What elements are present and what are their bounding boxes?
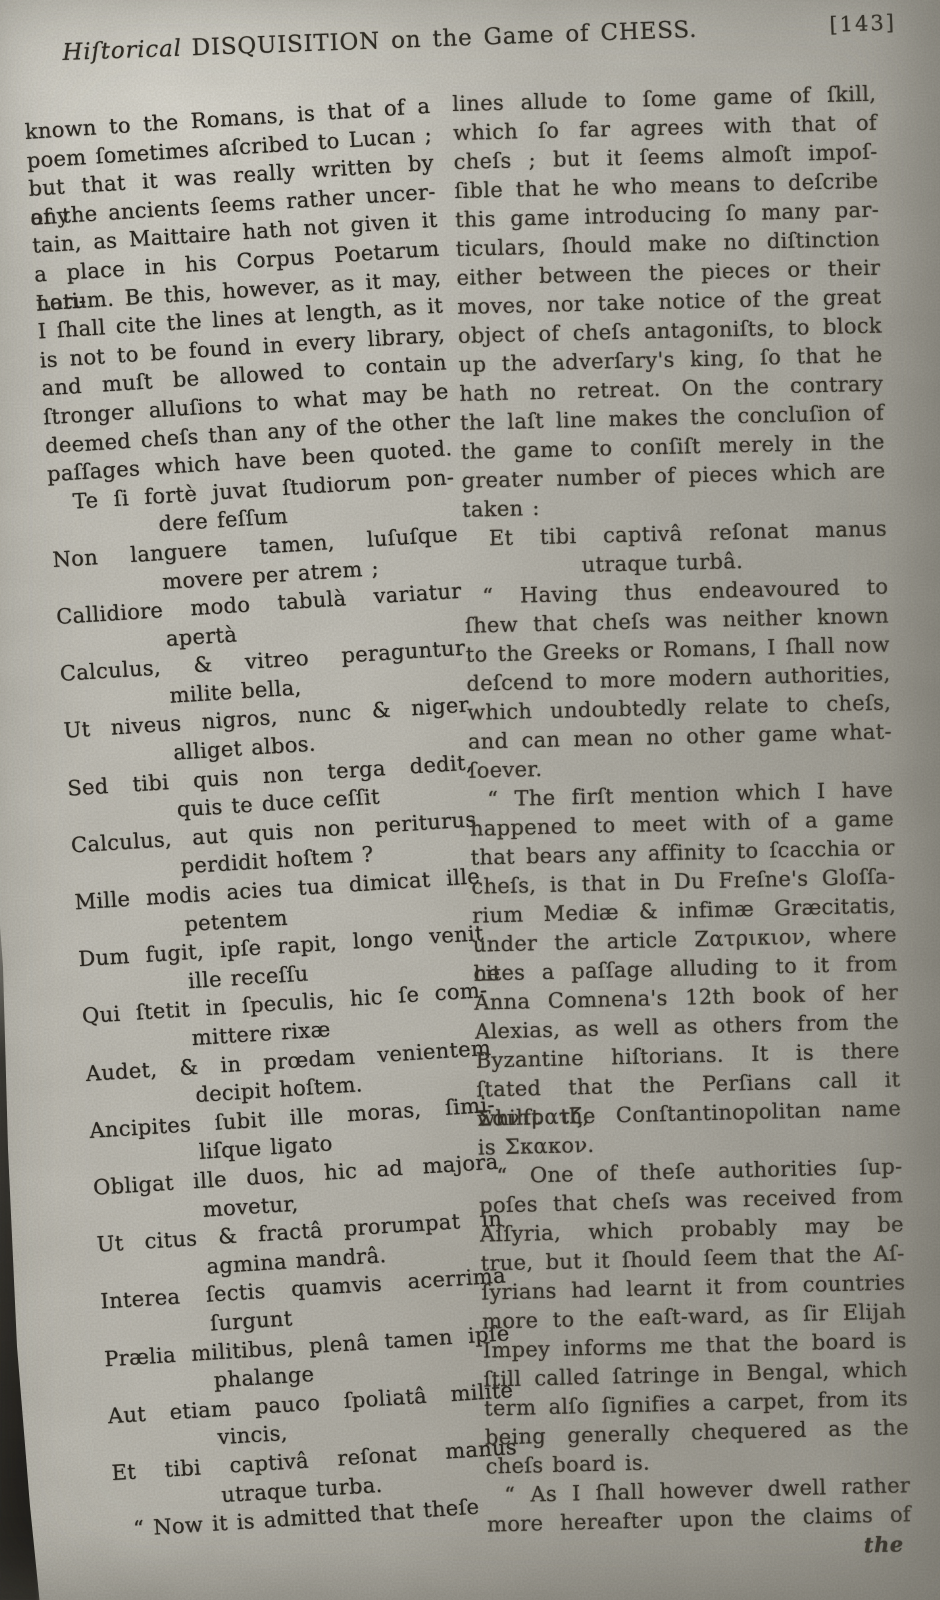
- left-prose-paragraph: known to the Romans, is that of apoem ſo…: [24, 92, 453, 489]
- right-paragraph-1: lines allude to ſome game of ſkill,which…: [452, 80, 887, 525]
- right-paragraph-5: “ As I ſhall however dwell rathermore he…: [486, 1471, 911, 1539]
- right-paragraph-4: “ One of theſe authorities ſup-poſes tha…: [478, 1152, 910, 1481]
- header-title: HiſtoricalDISQUISITION on the Game of CH…: [62, 17, 698, 66]
- latin-verse-quote: Et tibi captivâ reſonat manusutraque tur…: [463, 515, 888, 583]
- left-text-column: known to the Romans, is that of apoem ſo…: [24, 92, 521, 1545]
- latin-verse-block: Te ſi fortè juvat ſtudiorum pon-dere feſ…: [48, 463, 520, 1516]
- header-title-rest: DISQUISITION on the Game of CHESS.: [191, 17, 697, 62]
- right-paragraph-2: “ Having thus endeavoured toſhew that ch…: [464, 572, 893, 785]
- page-number: [143]: [829, 10, 896, 36]
- header-title-italic: Hiſtorical: [62, 36, 182, 66]
- book-gutter-shadow: [0, 845, 42, 1600]
- running-header: HiſtoricalDISQUISITION on the Game of CH…: [62, 9, 896, 66]
- right-text-column: lines allude to ſome game of ſkill,which…: [452, 80, 912, 1569]
- right-paragraph-3: “ The firſt mention which I havehappened…: [469, 775, 902, 1162]
